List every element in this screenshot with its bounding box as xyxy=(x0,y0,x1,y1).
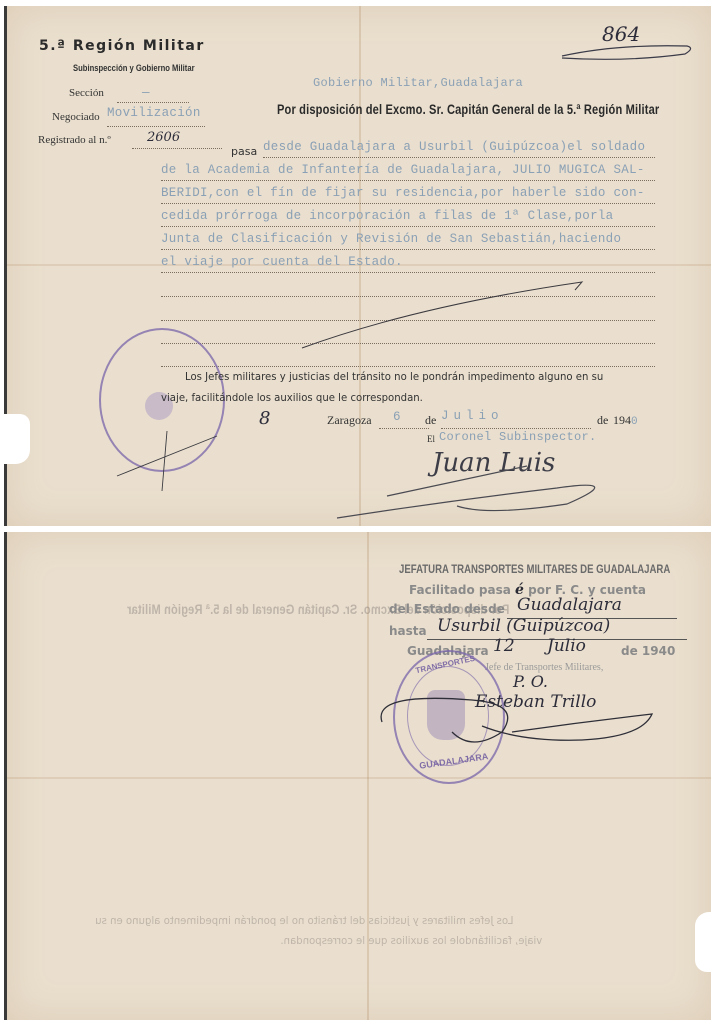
body-dotline xyxy=(161,249,655,250)
body-dotline xyxy=(161,203,655,204)
date-month-line xyxy=(441,428,591,429)
signatory-prefix: El xyxy=(427,434,435,444)
date-de: de xyxy=(621,644,638,658)
line1-prefix: Facilitado pasa xyxy=(409,583,511,597)
body-line-5: Junta de Clasificación y Revisión de San… xyxy=(161,232,621,246)
body-line-4: cedida prórroga de incorporación a filas… xyxy=(161,209,613,223)
back-origin-handwritten: Guadalajara xyxy=(517,595,622,615)
back-date-year: de 1940 xyxy=(621,644,675,658)
notice-line-2: viaje, facilitándole los auxilios que le… xyxy=(161,391,423,404)
body-dotline xyxy=(161,272,655,273)
margin-mark: 8 xyxy=(259,408,270,429)
bleed-through-text: viaje, facilitándole los auxilios que le… xyxy=(280,934,542,947)
date-day: 6 xyxy=(393,410,401,424)
body-line-6: el viaje por cuenta del Estado. xyxy=(161,255,403,269)
registrado-value: 2606 xyxy=(147,130,180,145)
date-day-line xyxy=(379,428,429,429)
registrado-label: Registrado al n.º xyxy=(38,134,111,146)
registrado-line xyxy=(132,148,222,149)
year: 1940 xyxy=(642,644,675,658)
body-line-1: desde Guadalajara a Usurbil (Guipúzcoa)e… xyxy=(263,140,645,154)
document-front: 5.ª Región Militar Subinspección y Gobie… xyxy=(4,6,711,526)
body-line-2: de la Academia de Infantería de Guadalaj… xyxy=(161,163,645,177)
back-date-day: 12 xyxy=(493,636,515,656)
signatory-title: Coronel Subinspector. xyxy=(439,430,597,444)
negociado-value: Movilización xyxy=(107,106,201,120)
seccion-label: Sección xyxy=(69,87,104,99)
back-destination-handwritten: Usurbil (Guipúzcoa) xyxy=(437,616,610,636)
torn-edge xyxy=(695,912,713,972)
body-dotline xyxy=(161,180,655,181)
date-month: Julio xyxy=(441,409,504,423)
body-dotline xyxy=(161,226,655,227)
pen-stroke xyxy=(297,276,597,356)
body-dotline xyxy=(161,366,655,367)
bleed-through-text: Los Jefes militares y justicias del trán… xyxy=(95,914,513,927)
body-dotline xyxy=(263,157,655,158)
year-prefix: 194 xyxy=(613,413,631,427)
file-number-flourish xyxy=(557,36,697,64)
date-de: de xyxy=(425,413,436,428)
document-back: Por disposición del Excmo. Sr. Capitán G… xyxy=(4,532,711,1020)
subinspection-subtitle: Subinspección y Gobierno Militar xyxy=(73,63,195,73)
pasa-label: pasa xyxy=(231,145,257,158)
year-suffix: 0 xyxy=(631,416,638,428)
office-title: JEFATURA TRANSPORTES MILITARES DE GUADAL… xyxy=(399,562,670,576)
negociado-label: Negociado xyxy=(52,111,100,123)
signature-flourish xyxy=(327,446,647,526)
pen-mark xyxy=(107,426,227,496)
body-line-3: BERIDI,con el fín de fijar su residencia… xyxy=(161,186,645,200)
fold-crease xyxy=(7,777,711,779)
negociado-line xyxy=(107,126,205,127)
back-date-month: Julio xyxy=(547,636,586,656)
line2-prefix: del Estado desde xyxy=(389,602,505,616)
date-de-2: de xyxy=(597,413,608,428)
typed-origin: Gobierno Militar,Guadalajara xyxy=(313,76,523,90)
seccion-value: — xyxy=(142,86,150,100)
torn-edge xyxy=(4,414,30,464)
back-line-3: hasta xyxy=(389,624,427,638)
authority-line: Por disposición del Excmo. Sr. Capitán G… xyxy=(277,102,659,117)
date-year: 1940 xyxy=(613,413,638,428)
seccion-line xyxy=(117,102,189,103)
region-header: 5.ª Región Militar xyxy=(39,38,205,54)
notice-line-1: Los Jefes militares y justicias del trán… xyxy=(185,370,603,383)
date-city: Zaragoza xyxy=(327,413,372,428)
signature-flourish xyxy=(362,682,662,752)
back-line-2: del Estado desde xyxy=(389,602,505,616)
